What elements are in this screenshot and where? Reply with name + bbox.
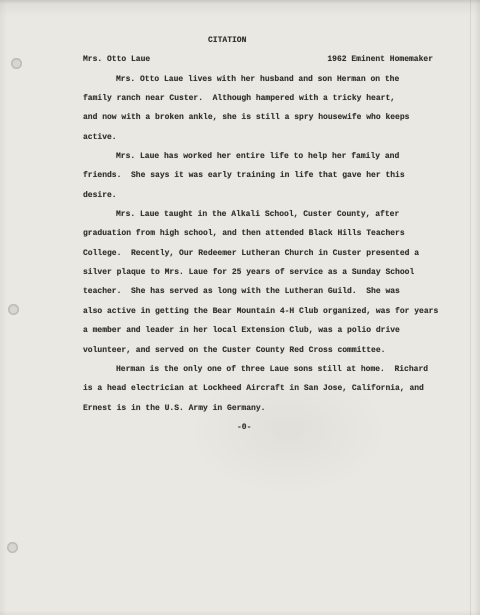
text-line: friends. She says it was early training … (83, 166, 436, 185)
punch-hole (8, 304, 19, 315)
text-line: Mrs. Laue has worked her entire life to … (83, 147, 436, 166)
text-line: family ranch near Custer. Although hampe… (83, 89, 436, 108)
text-line: active. (83, 128, 436, 147)
text-line: Ernest is in the U.S. Army in Germany. (83, 399, 436, 418)
text-line: Herman is the only one of three Laue son… (83, 360, 436, 379)
text-line: teacher. She has served as long with the… (83, 282, 436, 301)
text-line: Mrs. Otto Laue lives with her husband an… (83, 70, 436, 89)
text-line: graduation from high school, and then at… (83, 224, 436, 243)
paragraph: Herman is the only one of three Laue son… (83, 360, 436, 418)
paragraph: Mrs. Laue taught in the Alkali School, C… (83, 205, 436, 360)
subject-name: Mrs. Otto Laue (83, 50, 150, 69)
scanned-document-page: CITATION Mrs. Otto Laue 1962 Eminent Hom… (0, 0, 480, 615)
text-line: College. Recently, Our Redeemer Lutheran… (83, 244, 436, 263)
paragraph: Mrs. Laue has worked her entire life to … (83, 147, 436, 205)
text-line: is a head electrician at Lockheed Aircra… (83, 379, 436, 398)
paragraph: Mrs. Otto Laue lives with her husband an… (83, 70, 436, 147)
text-line: and now with a broken ankle, she is stil… (83, 108, 436, 127)
document-text: CITATION Mrs. Otto Laue 1962 Eminent Hom… (83, 31, 436, 437)
punch-hole (11, 58, 22, 69)
text-line: desire. (83, 186, 436, 205)
document-title: CITATION (83, 31, 436, 50)
document-header: Mrs. Otto Laue 1962 Eminent Homemaker (83, 50, 433, 69)
text-line: silver plaque to Mrs. Laue for 25 years … (83, 263, 436, 282)
punch-hole (7, 542, 18, 553)
award-title: 1962 Eminent Homemaker (327, 50, 433, 69)
text-line: a member and leader in her local Extensi… (83, 321, 436, 340)
end-mark: -0- (83, 418, 436, 437)
text-line: Mrs. Laue taught in the Alkali School, C… (83, 205, 436, 224)
text-line: also active in getting the Bear Mountain… (83, 302, 436, 321)
text-line: volunteer, and served on the Custer Coun… (83, 341, 436, 360)
